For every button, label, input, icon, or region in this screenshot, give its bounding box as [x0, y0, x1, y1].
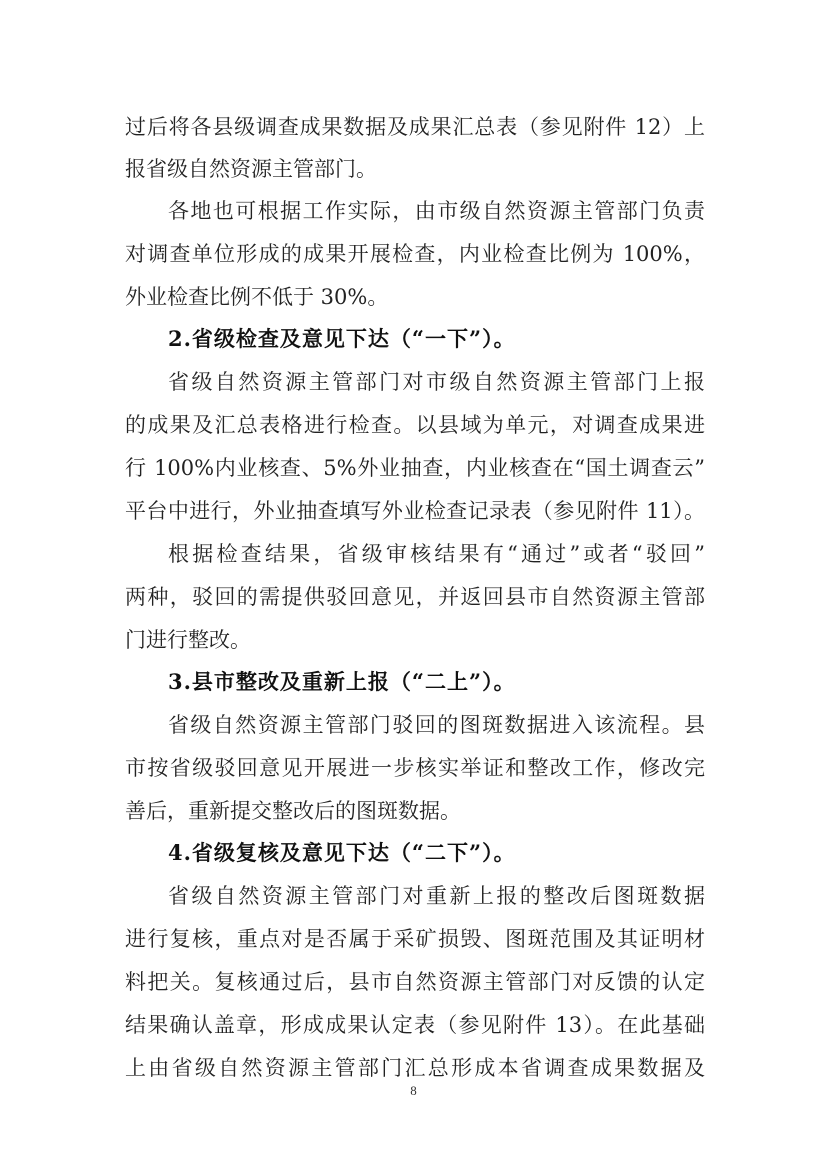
- body-text-line: 外业检查比例不低于 30%。: [125, 276, 705, 318]
- paragraph-start-line: 省级自然资源主管部门对重新上报的整改后图斑数据: [168, 875, 705, 917]
- body-text-line: 两种，驳回的需提供驳回意见，并返回县市自然资源主管部: [125, 576, 705, 618]
- section-heading-4: 4.省级复核及意见下达（“二下”）。: [168, 832, 516, 874]
- body-text-line: 市按省级驳回意见开展进一步核实举证和整改工作，修改完: [125, 747, 705, 789]
- document-page: 过后将各县级调查成果数据及成果汇总表（参见附件 12）上 报省级自然资源主管部门…: [0, 0, 827, 1169]
- body-text-line: 料把关。复核通过后，县市自然资源主管部门对反馈的认定: [125, 961, 705, 1003]
- section-heading-2: 2.省级检查及意见下达（“一下”）。: [168, 318, 516, 360]
- body-text-line: 过后将各县级调查成果数据及成果汇总表（参见附件 12）上: [125, 106, 705, 148]
- body-text-line: 门进行整改。: [125, 619, 705, 661]
- body-text-line: 报省级自然资源主管部门。: [125, 148, 705, 190]
- paragraph-start-line: 省级自然资源主管部门驳回的图斑数据进入该流程。县: [168, 704, 705, 746]
- body-text-line: 对调查单位形成的成果开展检查，内业检查比例为 100%，: [125, 233, 705, 275]
- body-text-line: 平台中进行，外业抽查填写外业检查记录表（参见附件 11）。: [125, 490, 705, 532]
- body-text-line: 的成果及汇总表格进行检查。以县域为单元，对调查成果进: [125, 404, 705, 446]
- paragraph-start-line: 省级自然资源主管部门对市级自然资源主管部门上报: [168, 361, 705, 403]
- paragraph-start-line: 各地也可根据工作实际，由市级自然资源主管部门负责: [168, 190, 705, 232]
- body-text-line: 善后，重新提交整改后的图斑数据。: [125, 790, 705, 832]
- page-number: 8: [0, 1083, 827, 1099]
- body-text-line: 结果确认盖章，形成成果认定表（参见附件 13）。在此基础: [125, 1004, 705, 1046]
- paragraph-start-line: 根据检查结果，省级审核结果有“通过”或者“驳回”: [168, 533, 705, 575]
- body-text-line: 进行复核，重点对是否属于采矿损毁、图斑范围及其证明材: [125, 918, 705, 960]
- section-heading-3: 3.县市整改及重新上报（“二上”）。: [168, 661, 516, 703]
- body-text-line: 行 100%内业核查、5%外业抽查，内业核查在“国土调查云”: [125, 447, 705, 489]
